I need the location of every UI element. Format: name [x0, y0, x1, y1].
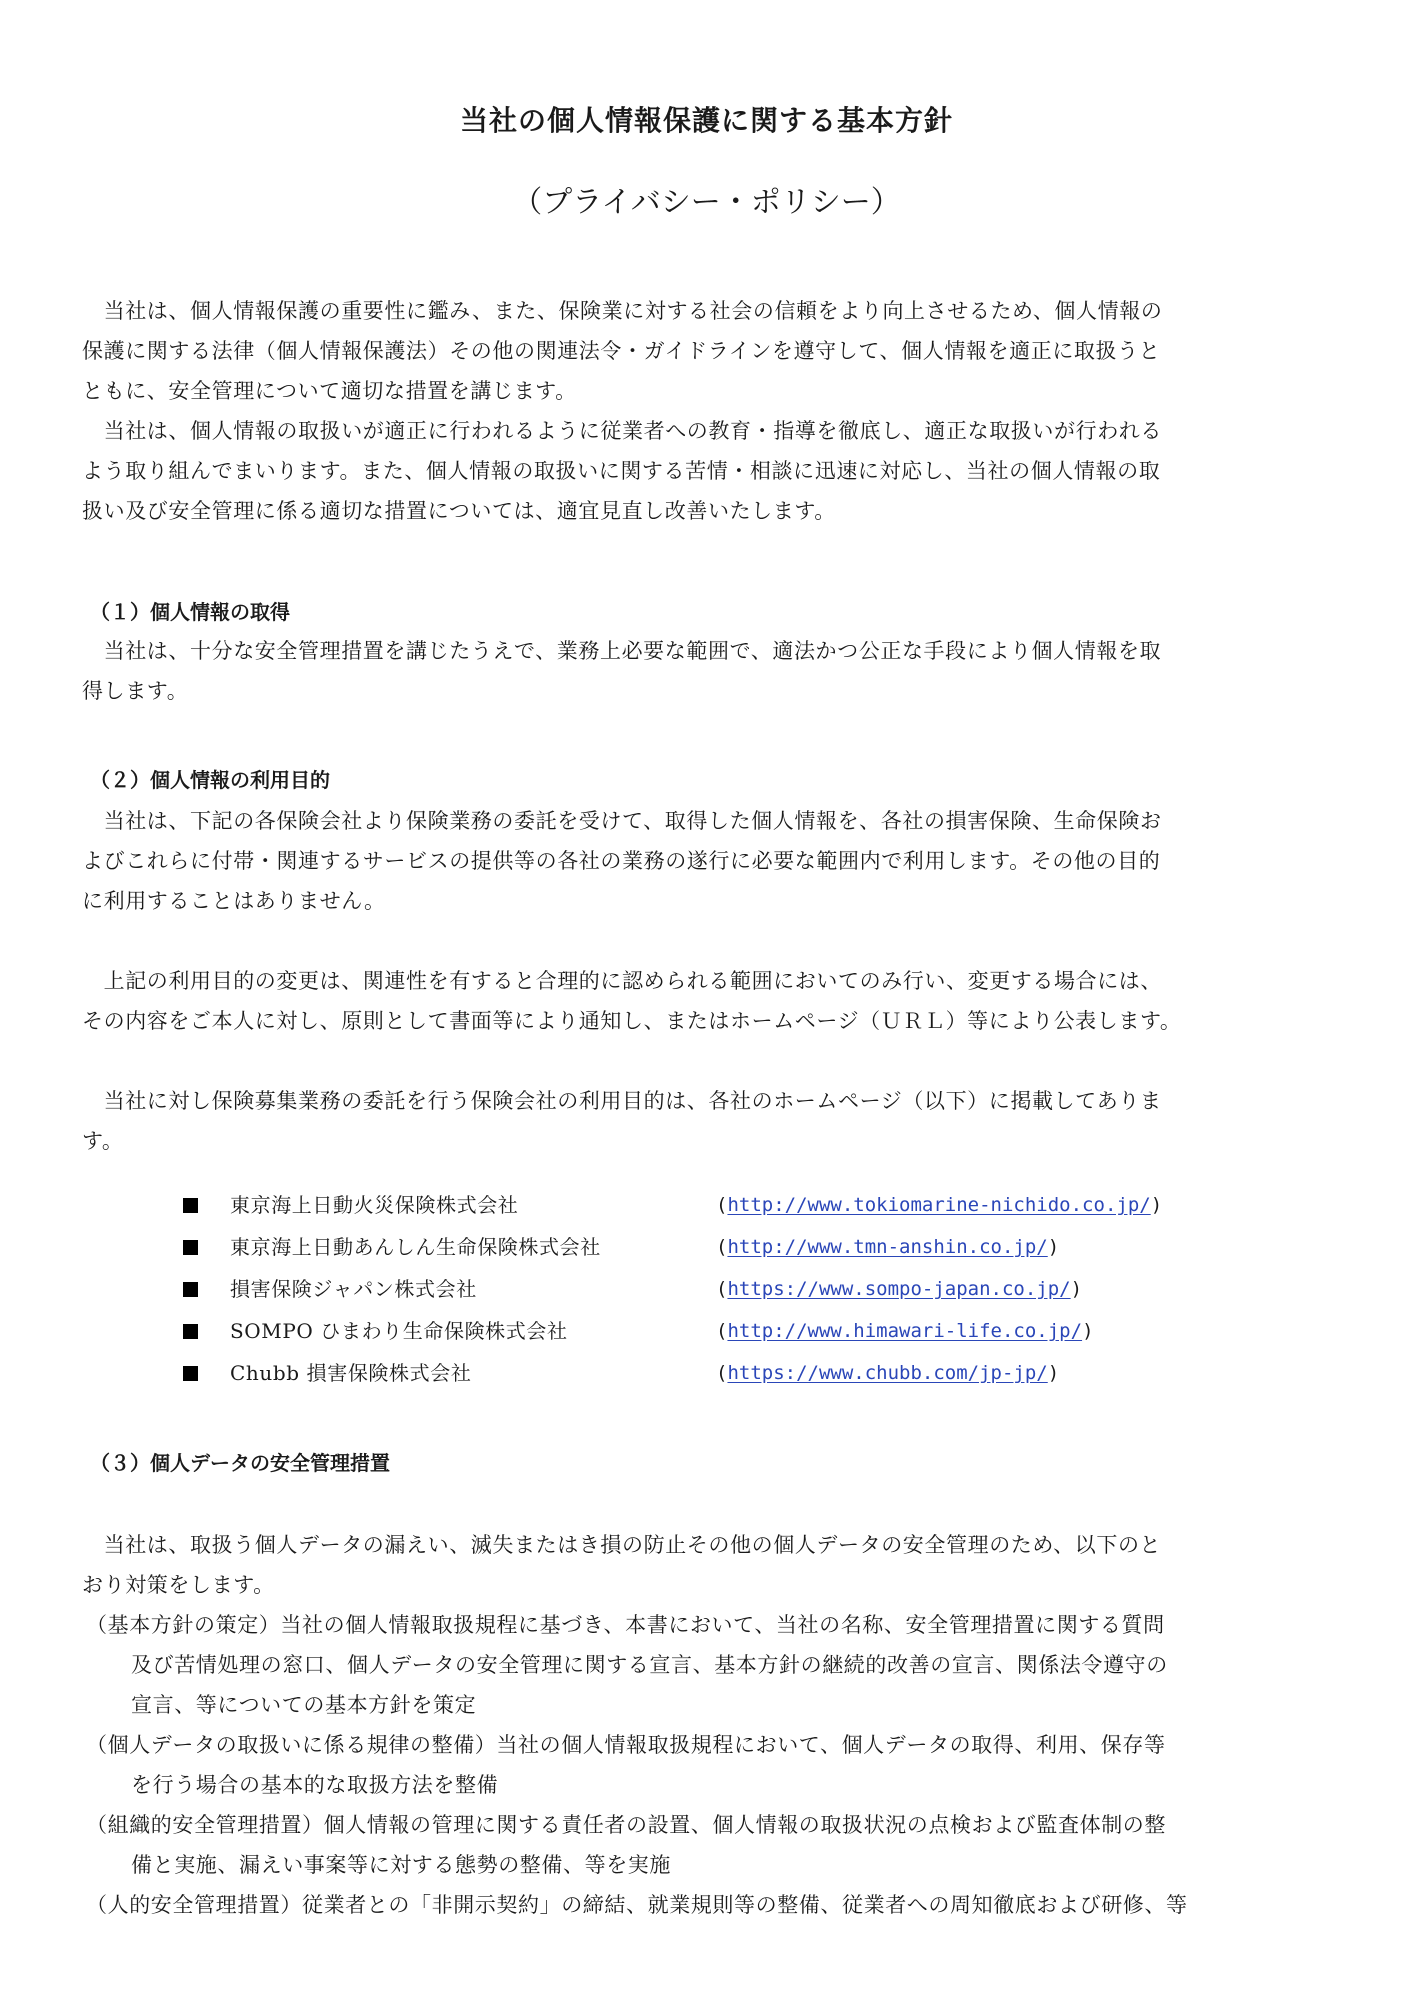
measure-human: （人的安全管理措置）従業者との「非開示契約」の締結、就業規則等の整備、従業者への… [86, 1890, 1188, 1920]
company-link-himawari[interactable]: http://www.himawari-life.co.jp/ [727, 1320, 1082, 1342]
companies-intro-line: す。 [82, 1126, 124, 1156]
measure-basic-policy-cont: 宣言、等についての基本方針を策定 [131, 1690, 476, 1720]
paren-open: ( [716, 1194, 727, 1216]
intro-line: 保護に関する法律（個人情報保護法）その他の関連法令・ガイドラインを遵守して、個人… [82, 336, 1160, 366]
square-bullet-icon [183, 1282, 198, 1297]
company-name: 東京海上日動あんしん生命保険株式会社 [230, 1232, 601, 1262]
intro-line: 当社は、個人情報保護の重要性に鑑み、また、保険業に対する社会の信頼をより向上させ… [82, 296, 1162, 326]
company-url: (https://www.sompo-japan.co.jp/) [716, 1274, 1082, 1304]
section2-line: に利用することはありません。 [82, 886, 386, 916]
company-link-chubb[interactable]: https://www.chubb.com/jp-jp/ [727, 1362, 1047, 1384]
measure-basic-policy-cont: 及び苦情処理の窓口、個人データの安全管理に関する宣言、基本方針の継続的改善の宣言… [131, 1650, 1168, 1680]
section-heading-acquisition: （１）個人情報の取得 [90, 597, 290, 627]
measure-basic-policy: （基本方針の策定）当社の個人情報取扱規程に基づき、本書において、当社の名称、安全… [86, 1610, 1165, 1640]
square-bullet-icon [183, 1324, 198, 1339]
measure-organizational-cont: 備と実施、漏えい事案等に対する態勢の整備、等を実施 [131, 1850, 671, 1880]
measure-rules-cont: を行う場合の基本的な取扱方法を整備 [131, 1770, 498, 1800]
square-bullet-icon [183, 1366, 198, 1381]
paren-open: ( [716, 1278, 727, 1300]
company-name: Chubb 損害保険株式会社 [230, 1358, 471, 1388]
section2-line: よびこれらに付帯・関連するサービスの提供等の各社の業務の遂行に必要な範囲内で利用… [82, 846, 1160, 876]
intro-line: 扱い及び安全管理に係る適切な措置については、適宜見直し改善いたします。 [82, 496, 836, 526]
page-title: 当社の個人情報保護に関する基本方針 [0, 101, 1413, 141]
measure-organizational: （組織的安全管理措置）個人情報の管理に関する責任者の設置、個人情報の取扱状況の点… [86, 1810, 1166, 1840]
company-name: SOMPO ひまわり生命保険株式会社 [230, 1316, 568, 1346]
paren-close: ) [1082, 1320, 1093, 1342]
section1-line: 当社は、十分な安全管理措置を講じたうえで、業務上必要な範囲で、適法かつ公正な手段… [82, 636, 1161, 666]
intro-line: ともに、安全管理について適切な措置を講じます。 [82, 376, 577, 406]
square-bullet-icon [183, 1240, 198, 1255]
company-url: (http://www.tmn-anshin.co.jp/) [716, 1232, 1059, 1262]
section3-line: おり対策をします。 [82, 1570, 275, 1600]
company-url: (http://www.himawari-life.co.jp/) [716, 1316, 1094, 1346]
company-link-anshin[interactable]: http://www.tmn-anshin.co.jp/ [727, 1236, 1047, 1258]
section1-line: 得します。 [82, 676, 188, 706]
paren-close: ) [1071, 1278, 1082, 1300]
section-heading-purpose: （２）個人情報の利用目的 [90, 765, 330, 795]
section3-line: 当社は、取扱う個人データの漏えい、滅失またはき損の防止その他の個人データの安全管… [82, 1530, 1161, 1560]
purpose-change-line: 上記の利用目的の変更は、関連性を有すると合理的に認められる範囲においてのみ行い、… [82, 966, 1162, 996]
paren-close: ) [1048, 1362, 1059, 1384]
page-subtitle: （プライバシー・ポリシー） [0, 181, 1413, 225]
company-url: (https://www.chubb.com/jp-jp/) [716, 1358, 1059, 1388]
paren-close: ) [1151, 1194, 1162, 1216]
company-link-tokiomarine[interactable]: http://www.tokiomarine-nichido.co.jp/ [727, 1194, 1150, 1216]
purpose-change-line: その内容をご本人に対し、原則として書面等により通知し、またはホームページ（ＵＲＬ… [82, 1006, 1182, 1036]
section-heading-safety: （３）個人データの安全管理措置 [90, 1448, 390, 1478]
company-name: 東京海上日動火災保険株式会社 [230, 1190, 518, 1220]
intro-line: よう取り組んでまいります。また、個人情報の取扱いに関する苦情・相談に迅速に対応し… [82, 456, 1160, 486]
company-url: (http://www.tokiomarine-nichido.co.jp/) [716, 1190, 1162, 1220]
section2-line: 当社は、下記の各保険会社より保険業務の委託を受けて、取得した個人情報を、各社の損… [82, 806, 1162, 836]
paren-open: ( [716, 1362, 727, 1384]
intro-line: 当社は、個人情報の取扱いが適正に行われるように従業者への教育・指導を徹底し、適正… [82, 416, 1162, 446]
paren-open: ( [716, 1320, 727, 1342]
paren-open: ( [716, 1236, 727, 1258]
square-bullet-icon [183, 1198, 198, 1213]
company-link-sompo-japan[interactable]: https://www.sompo-japan.co.jp/ [727, 1278, 1070, 1300]
measure-rules: （個人データの取扱いに係る規律の整備）当社の個人情報取扱規程において、個人データ… [86, 1730, 1166, 1760]
paren-close: ) [1048, 1236, 1059, 1258]
companies-intro-line: 当社に対し保険募集業務の委託を行う保険会社の利用目的は、各社のホームページ（以下… [82, 1086, 1162, 1116]
company-name: 損害保険ジャパン株式会社 [230, 1274, 477, 1304]
document-page: 当社の個人情報保護に関する基本方針 （プライバシー・ポリシー） 当社は、個人情報… [0, 0, 1413, 2000]
